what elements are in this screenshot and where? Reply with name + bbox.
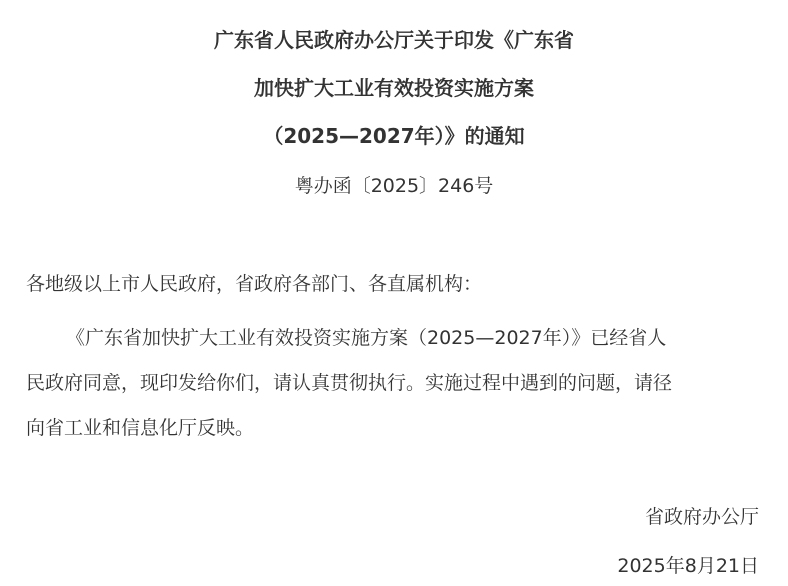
title-line-3: （2025—2027年）》的通知 xyxy=(0,122,788,150)
notice-document: 广东省人民政府办公厅关于印发《广东省 加快扩大工业有效投资实施方案 （2025—… xyxy=(0,0,788,586)
title-line-2: 加快扩大工业有效投资实施方案 xyxy=(0,74,788,102)
body-paragraph: 《广东省加快扩大工业有效投资实施方案（2025—2027年）》已经省人 民政府同… xyxy=(26,316,766,451)
salutation: 各地级以上市人民政府，省政府各部门、各直属机构： xyxy=(26,270,482,298)
body-line-2: 民政府同意，现印发给你们，请认真贯彻执行。实施过程中遇到的问题，请径 xyxy=(26,361,766,406)
title-line-1: 广东省人民政府办公厅关于印发《广东省 xyxy=(0,26,788,54)
signature-organization: 省政府办公厅 xyxy=(645,503,759,531)
document-number: 粤办函〔2025〕246号 xyxy=(0,172,788,200)
body-line-1: 《广东省加快扩大工业有效投资实施方案（2025—2027年）》已经省人 xyxy=(26,316,766,361)
body-line-3: 向省工业和信息化厅反映。 xyxy=(26,406,766,451)
signature-date: 2025年8月21日 xyxy=(617,552,759,580)
